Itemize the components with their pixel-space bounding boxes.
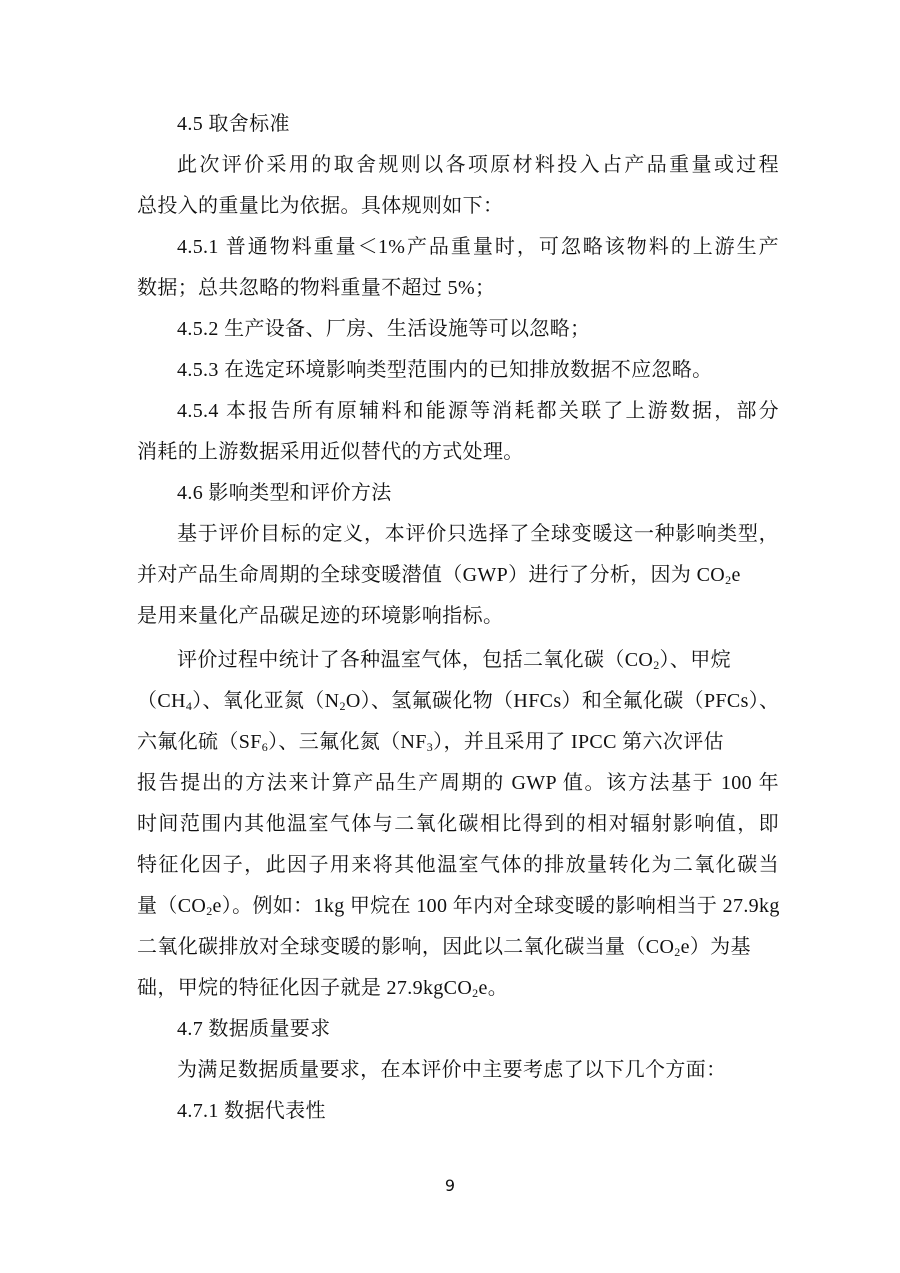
text-run: 量（CO (137, 895, 206, 917)
text-run: e）为基 (681, 936, 751, 958)
paragraph-line: 评价过程中统计了各种温室气体，包括二氧化碳（CO2）、甲烷 (177, 640, 779, 681)
text-run: 并对产品生命周期的全球变暖潜值（GWP）进行了分析，因为 CO (137, 564, 725, 586)
paragraph-line: 此次评价采用的取舍规则以各项原材料投入占产品重量或过程 (177, 145, 779, 186)
paragraph-line: 础，甲烷的特征化因子就是 27.9kgCO2e。 (137, 968, 779, 1009)
rule-4-5-3: 4.5.3 在选定环境影响类型范围内的已知排放数据不应忽略。 (177, 350, 779, 391)
rule-4-5-4-line: 消耗的上游数据采用近似替代的方式处理。 (137, 432, 779, 473)
rule-4-5-4-line: 4.5.4 本报告所有原辅料和能源等消耗都关联了上游数据，部分 (177, 391, 779, 432)
text-run: e）。例如：1kg 甲烷在 100 年内对全球变暖的影响相当于 27.9kg (213, 895, 780, 917)
paragraph-line: 时间范围内其他温室气体与二氧化碳相比得到的相对辐射影响值，即 (137, 804, 779, 845)
text-run: 二氧化碳排放对全球变暖的影响，因此以二氧化碳当量（CO (137, 936, 674, 958)
text-run: e (731, 564, 740, 586)
subsection-heading-4-7-1: 4.7.1 数据代表性 (177, 1091, 779, 1132)
rule-4-5-1-line: 数据；总共忽略的物料重量不超过 5%； (137, 268, 779, 309)
paragraph-line: 总投入的重量比为依据。具体规则如下： (137, 186, 779, 227)
paragraph-line: 二氧化碳排放对全球变暖的影响，因此以二氧化碳当量（CO2e）为基 (137, 927, 779, 968)
text-run: ）、三氟化氮（NF (268, 731, 427, 753)
page-number: 9 (0, 1176, 900, 1195)
paragraph-line: 基于评价目标的定义，本评价只选择了全球变暖这一种影响类型， (177, 514, 779, 555)
text-run: 础，甲烷的特征化因子就是 27.9kgCO (137, 977, 472, 999)
text-run: ）、甲烷 (660, 649, 731, 671)
paragraph-line: 六氟化硫（SF6）、三氟化氮（NF3），并且采用了 IPCC 第六次评估 (137, 722, 779, 763)
text-run: e。 (479, 977, 509, 999)
section-heading-4-7: 4.7 数据质量要求 (177, 1009, 779, 1050)
text-run: 六氟化硫（SF (137, 731, 262, 753)
text-run: ）、氧化亚氮（N (192, 690, 339, 712)
paragraph-line: 为满足数据质量要求，在本评价中主要考虑了以下几个方面： (177, 1050, 779, 1091)
rule-4-5-2: 4.5.2 生产设备、厂房、生活设施等可以忽略； (177, 309, 779, 350)
document-page: 4.5 取舍标准 此次评价采用的取舍规则以各项原材料投入占产品重量或过程 总投入… (0, 0, 900, 1273)
text-run: O）、氢氟碳化物（HFCs）和全氟化碳（PFCs）、 (346, 690, 780, 712)
section-heading-4-6: 4.6 影响类型和评价方法 (177, 473, 779, 514)
section-heading-4-5: 4.5 取舍标准 (177, 104, 779, 145)
paragraph-line: 报告提出的方法来计算产品生产周期的 GWP 值。该方法基于 100 年 (137, 763, 779, 804)
text-run: 评价过程中统计了各种温室气体，包括二氧化碳（CO (177, 649, 653, 671)
paragraph-line: 特征化因子，此因子用来将其他温室气体的排放量转化为二氧化碳当 (137, 845, 779, 886)
paragraph-line: 量（CO2e）。例如：1kg 甲烷在 100 年内对全球变暖的影响相当于 27.… (137, 886, 779, 927)
paragraph-line: （CH4）、氧化亚氮（N2O）、氢氟碳化物（HFCs）和全氟化碳（PFCs）、 (137, 681, 779, 722)
text-run: ），并且采用了 IPCC 第六次评估 (433, 731, 724, 753)
rule-4-5-1-line: 4.5.1 普通物料重量＜1%产品重量时，可忽略该物料的上游生产 (177, 227, 779, 268)
text-run: （CH (137, 690, 186, 712)
paragraph-line: 是用来量化产品碳足迹的环境影响指标。 (137, 596, 779, 637)
paragraph-line: 并对产品生命周期的全球变暖潜值（GWP）进行了分析，因为 CO2e (137, 555, 779, 596)
